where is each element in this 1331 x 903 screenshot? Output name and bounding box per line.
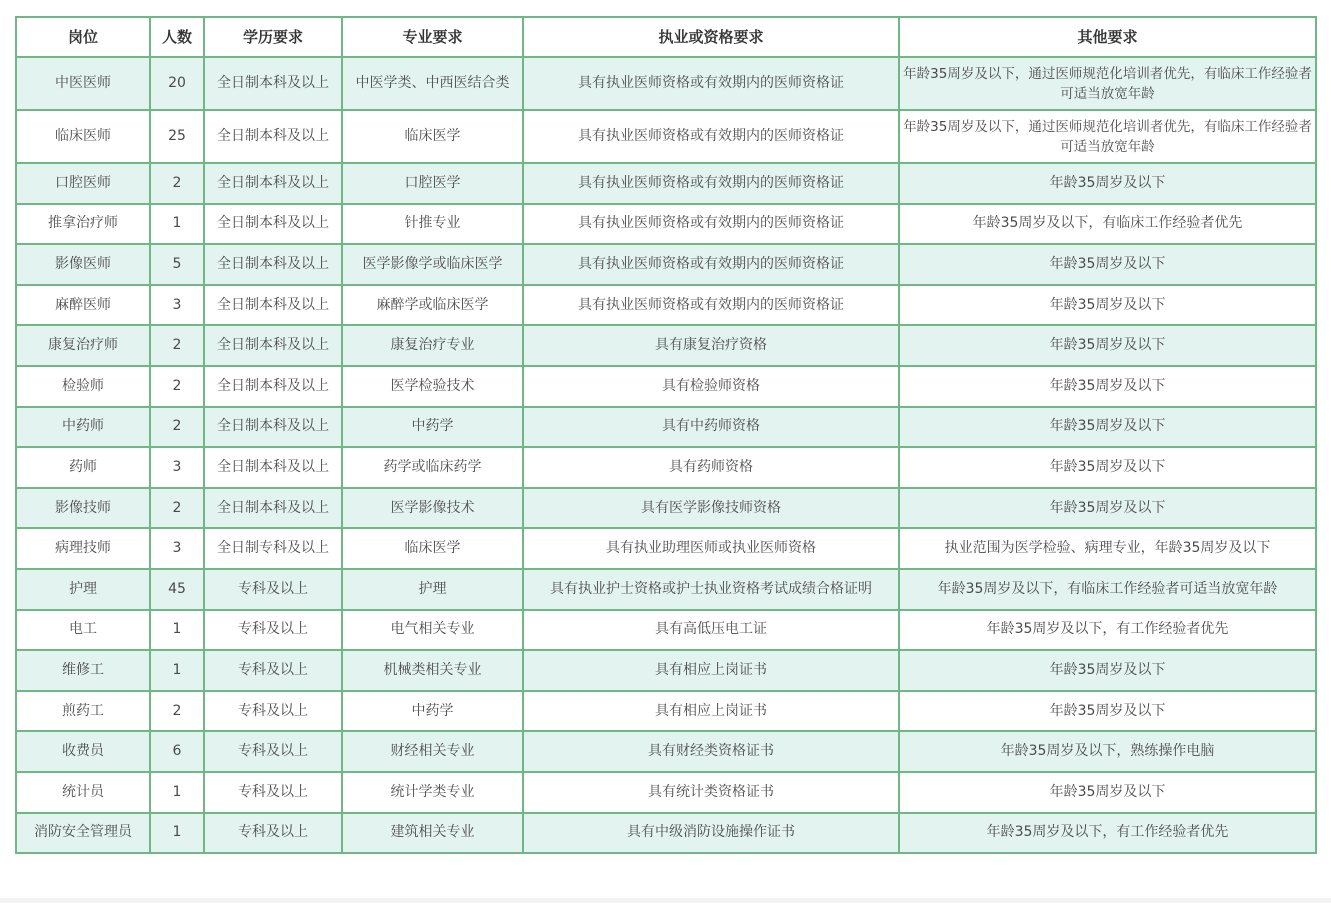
table-row: 病理技师 3 全日制专科及以上 临床医学 具有执业助理医师或执业医师资格 执业范…	[16, 528, 1316, 569]
cell-major: 针推专业	[342, 204, 523, 245]
table-row: 麻醉医师 3 全日制本科及以上 麻醉学或临床医学 具有执业医师资格或有效期内的医…	[16, 285, 1316, 326]
cell-position: 康复治疗师	[16, 325, 150, 366]
table-row: 口腔医师 2 全日制本科及以上 口腔医学 具有执业医师资格或有效期内的医师资格证…	[16, 163, 1316, 204]
cell-position: 中药师	[16, 407, 150, 448]
cell-count: 1	[150, 204, 204, 245]
cell-other: 年龄35周岁及以下，有工作经验者优先	[899, 813, 1316, 854]
cell-count: 1	[150, 772, 204, 813]
cell-count: 5	[150, 244, 204, 285]
cell-other: 年龄35周岁及以下，熟练操作电脑	[899, 731, 1316, 772]
cell-position: 护理	[16, 569, 150, 610]
cell-count: 6	[150, 731, 204, 772]
cell-qualification: 具有相应上岗证书	[523, 691, 899, 732]
cell-education: 全日制专科及以上	[204, 528, 342, 569]
cell-education: 全日制本科及以上	[204, 244, 342, 285]
cell-position: 维修工	[16, 650, 150, 691]
cell-major: 医学影像学或临床医学	[342, 244, 523, 285]
cell-count: 1	[150, 650, 204, 691]
header-position: 岗位	[16, 17, 150, 57]
cell-qualification: 具有中级消防设施操作证书	[523, 813, 899, 854]
cell-qualification: 具有医学影像技师资格	[523, 488, 899, 529]
cell-count: 3	[150, 528, 204, 569]
cell-other: 年龄35周岁及以下	[899, 447, 1316, 488]
cell-position: 影像医师	[16, 244, 150, 285]
cell-education: 专科及以上	[204, 569, 342, 610]
table-row: 影像医师 5 全日制本科及以上 医学影像学或临床医学 具有执业医师资格或有效期内…	[16, 244, 1316, 285]
cell-position: 病理技师	[16, 528, 150, 569]
cell-position: 影像技师	[16, 488, 150, 529]
cell-other: 年龄35周岁及以下	[899, 772, 1316, 813]
cell-other: 年龄35周岁及以下	[899, 366, 1316, 407]
cell-qualification: 具有高低压电工证	[523, 610, 899, 651]
cell-major: 电气相关专业	[342, 610, 523, 651]
table-header-row: 岗位 人数 学历要求 专业要求 执业或资格要求 其他要求	[16, 17, 1316, 57]
table-row: 煎药工 2 专科及以上 中药学 具有相应上岗证书 年龄35周岁及以下	[16, 691, 1316, 732]
cell-education: 全日制本科及以上	[204, 488, 342, 529]
cell-education: 全日制本科及以上	[204, 325, 342, 366]
cell-major: 临床医学	[342, 528, 523, 569]
cell-count: 3	[150, 285, 204, 326]
cell-qualification: 具有检验师资格	[523, 366, 899, 407]
cell-position: 中医医师	[16, 57, 150, 110]
cell-qualification: 具有执业医师资格或有效期内的医师资格证	[523, 57, 899, 110]
cell-other: 年龄35周岁及以下	[899, 325, 1316, 366]
cell-qualification: 具有康复治疗资格	[523, 325, 899, 366]
cell-major: 医学影像技术	[342, 488, 523, 529]
cell-education: 专科及以上	[204, 610, 342, 651]
table-row: 影像技师 2 全日制本科及以上 医学影像技术 具有医学影像技师资格 年龄35周岁…	[16, 488, 1316, 529]
cell-qualification: 具有中药师资格	[523, 407, 899, 448]
table-row: 康复治疗师 2 全日制本科及以上 康复治疗专业 具有康复治疗资格 年龄35周岁及…	[16, 325, 1316, 366]
cell-position: 统计员	[16, 772, 150, 813]
cell-education: 全日制本科及以上	[204, 285, 342, 326]
cell-count: 25	[150, 110, 204, 163]
cell-qualification: 具有执业护士资格或护士执业资格考试成绩合格证明	[523, 569, 899, 610]
cell-major: 中药学	[342, 691, 523, 732]
cell-qualification: 具有执业医师资格或有效期内的医师资格证	[523, 204, 899, 245]
cell-education: 全日制本科及以上	[204, 366, 342, 407]
cell-education: 专科及以上	[204, 731, 342, 772]
cell-other: 年龄35周岁及以下，通过医师规范化培训者优先，有临床工作经验者可适当放宽年龄	[899, 57, 1316, 110]
cell-position: 收费员	[16, 731, 150, 772]
header-qualification: 执业或资格要求	[523, 17, 899, 57]
page-bottom-edge	[0, 898, 1331, 903]
cell-count: 1	[150, 610, 204, 651]
table-row: 推拿治疗师 1 全日制本科及以上 针推专业 具有执业医师资格或有效期内的医师资格…	[16, 204, 1316, 245]
cell-qualification: 具有执业医师资格或有效期内的医师资格证	[523, 110, 899, 163]
cell-count: 2	[150, 163, 204, 204]
cell-other: 年龄35周岁及以下，有临床工作经验者可适当放宽年龄	[899, 569, 1316, 610]
cell-education: 全日制本科及以上	[204, 163, 342, 204]
cell-major: 统计学类专业	[342, 772, 523, 813]
cell-qualification: 具有执业医师资格或有效期内的医师资格证	[523, 244, 899, 285]
header-count: 人数	[150, 17, 204, 57]
cell-major: 建筑相关专业	[342, 813, 523, 854]
table-row: 中药师 2 全日制本科及以上 中药学 具有中药师资格 年龄35周岁及以下	[16, 407, 1316, 448]
cell-position: 消防安全管理员	[16, 813, 150, 854]
cell-count: 2	[150, 691, 204, 732]
cell-position: 口腔医师	[16, 163, 150, 204]
header-education: 学历要求	[204, 17, 342, 57]
cell-major: 口腔医学	[342, 163, 523, 204]
cell-position: 检验师	[16, 366, 150, 407]
cell-education: 专科及以上	[204, 772, 342, 813]
cell-position: 电工	[16, 610, 150, 651]
cell-other: 年龄35周岁及以下	[899, 163, 1316, 204]
document-page: 岗位 人数 学历要求 专业要求 执业或资格要求 其他要求 中医医师 20 全日制…	[0, 0, 1331, 903]
cell-position: 麻醉医师	[16, 285, 150, 326]
cell-major: 财经相关专业	[342, 731, 523, 772]
cell-major: 机械类相关专业	[342, 650, 523, 691]
cell-education: 专科及以上	[204, 650, 342, 691]
cell-education: 全日制本科及以上	[204, 57, 342, 110]
cell-count: 2	[150, 407, 204, 448]
cell-count: 3	[150, 447, 204, 488]
cell-other: 年龄35周岁及以下，有临床工作经验者优先	[899, 204, 1316, 245]
cell-qualification: 具有财经类资格证书	[523, 731, 899, 772]
cell-other: 执业范围为医学检验、病理专业，年龄35周岁及以下	[899, 528, 1316, 569]
cell-count: 1	[150, 813, 204, 854]
cell-major: 中药学	[342, 407, 523, 448]
cell-other: 年龄35周岁及以下	[899, 285, 1316, 326]
cell-major: 麻醉学或临床医学	[342, 285, 523, 326]
cell-major: 护理	[342, 569, 523, 610]
cell-other: 年龄35周岁及以下，通过医师规范化培训者优先，有临床工作经验者可适当放宽年龄	[899, 110, 1316, 163]
cell-qualification: 具有统计类资格证书	[523, 772, 899, 813]
cell-count: 2	[150, 325, 204, 366]
cell-major: 康复治疗专业	[342, 325, 523, 366]
table-row: 消防安全管理员 1 专科及以上 建筑相关专业 具有中级消防设施操作证书 年龄35…	[16, 813, 1316, 854]
cell-education: 专科及以上	[204, 691, 342, 732]
cell-position: 推拿治疗师	[16, 204, 150, 245]
cell-other: 年龄35周岁及以下	[899, 488, 1316, 529]
cell-education: 全日制本科及以上	[204, 407, 342, 448]
cell-education: 全日制本科及以上	[204, 110, 342, 163]
cell-qualification: 具有相应上岗证书	[523, 650, 899, 691]
cell-major: 临床医学	[342, 110, 523, 163]
cell-other: 年龄35周岁及以下	[899, 407, 1316, 448]
cell-qualification: 具有执业医师资格或有效期内的医师资格证	[523, 285, 899, 326]
cell-major: 中医学类、中西医结合类	[342, 57, 523, 110]
table-row: 维修工 1 专科及以上 机械类相关专业 具有相应上岗证书 年龄35周岁及以下	[16, 650, 1316, 691]
cell-education: 专科及以上	[204, 813, 342, 854]
table-row: 临床医师 25 全日制本科及以上 临床医学 具有执业医师资格或有效期内的医师资格…	[16, 110, 1316, 163]
cell-other: 年龄35周岁及以下	[899, 650, 1316, 691]
header-other: 其他要求	[899, 17, 1316, 57]
cell-major: 医学检验技术	[342, 366, 523, 407]
cell-position: 临床医师	[16, 110, 150, 163]
table-row: 护理 45 专科及以上 护理 具有执业护士资格或护士执业资格考试成绩合格证明 年…	[16, 569, 1316, 610]
table-row: 收费员 6 专科及以上 财经相关专业 具有财经类资格证书 年龄35周岁及以下，熟…	[16, 731, 1316, 772]
cell-qualification: 具有执业医师资格或有效期内的医师资格证	[523, 163, 899, 204]
cell-education: 全日制本科及以上	[204, 447, 342, 488]
header-major: 专业要求	[342, 17, 523, 57]
table-row: 药师 3 全日制本科及以上 药学或临床药学 具有药师资格 年龄35周岁及以下	[16, 447, 1316, 488]
cell-qualification: 具有药师资格	[523, 447, 899, 488]
cell-count: 20	[150, 57, 204, 110]
table-row: 中医医师 20 全日制本科及以上 中医学类、中西医结合类 具有执业医师资格或有效…	[16, 57, 1316, 110]
recruitment-table: 岗位 人数 学历要求 专业要求 执业或资格要求 其他要求 中医医师 20 全日制…	[15, 16, 1317, 854]
cell-qualification: 具有执业助理医师或执业医师资格	[523, 528, 899, 569]
table-row: 电工 1 专科及以上 电气相关专业 具有高低压电工证 年龄35周岁及以下，有工作…	[16, 610, 1316, 651]
cell-count: 2	[150, 366, 204, 407]
table-row: 检验师 2 全日制本科及以上 医学检验技术 具有检验师资格 年龄35周岁及以下	[16, 366, 1316, 407]
cell-education: 全日制本科及以上	[204, 204, 342, 245]
cell-major: 药学或临床药学	[342, 447, 523, 488]
cell-other: 年龄35周岁及以下，有工作经验者优先	[899, 610, 1316, 651]
cell-position: 煎药工	[16, 691, 150, 732]
cell-count: 2	[150, 488, 204, 529]
cell-count: 45	[150, 569, 204, 610]
table-row: 统计员 1 专科及以上 统计学类专业 具有统计类资格证书 年龄35周岁及以下	[16, 772, 1316, 813]
cell-other: 年龄35周岁及以下	[899, 244, 1316, 285]
cell-position: 药师	[16, 447, 150, 488]
cell-other: 年龄35周岁及以下	[899, 691, 1316, 732]
